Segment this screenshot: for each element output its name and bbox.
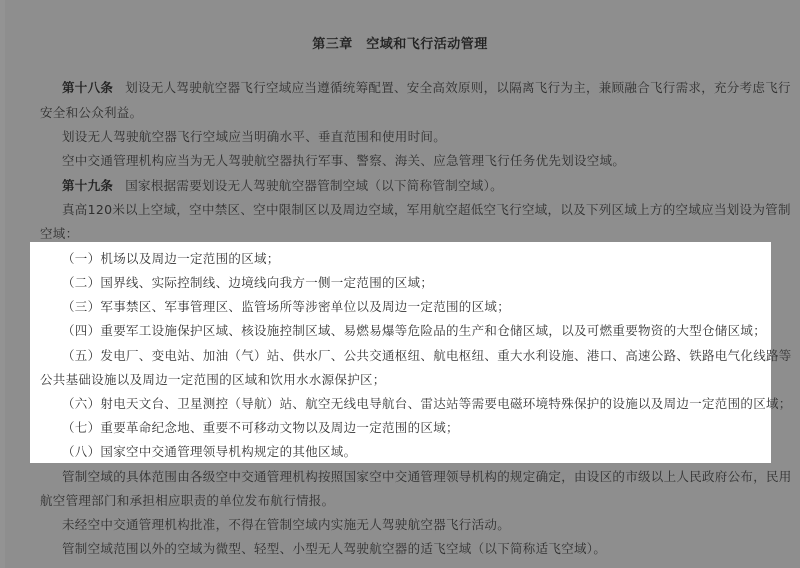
paragraph-line: 空域： — [40, 225, 78, 243]
paragraph-line: 航空管理部门和承担相应职责的单位发布航行情报。 — [40, 492, 334, 510]
paragraph-line: 真高120米以上空域，空中禁区、空中限制区以及周边空域，军用航空超低空飞行空域，… — [62, 201, 791, 219]
list-item-8: （八）国家空中交通管理领导机构规定的其他区域。 — [62, 443, 356, 461]
document-page: 第三章 空域和飞行活动管理 第十八条划设无人驾驶航空器飞行空域应当遵循统筹配置、… — [0, 0, 800, 568]
list-item-5: （五）发电厂、变电站、加油（气）站、供水厂、公共交通枢纽、航电枢纽、重大水利设施… — [62, 347, 792, 365]
paragraph-line: 空中交通管理机构应当为无人驾驶航空器执行军事、警察、海关、应急管理飞行任务优先划… — [62, 152, 625, 170]
list-item-3: （三）军事禁区、军事管理区、监管场所等涉密单位以及周边一定范围的区域； — [62, 298, 510, 316]
paragraph-line: 未经空中交通管理机构批准，不得在管制空域内实施无人驾驶航空器飞行活动。 — [62, 516, 510, 534]
list-item-7: （七）重要革命纪念地、重要不可移动文物以及周边一定范围的区域； — [62, 419, 459, 437]
article-18-line-1: 第十八条划设无人驾驶航空器飞行空域应当遵循统筹配置、安全高效原则，以隔离飞行为主… — [62, 79, 791, 97]
paragraph-line: 管制空域范围以外的空域为微型、轻型、小型无人驾驶航空器的适飞空域（以下简称适飞空… — [62, 540, 606, 558]
page-edge — [0, 0, 5, 568]
paragraph-line: 管制空域的具体范围由各级空中交通管理机构按照国家空中交通管理领导机构的规定确定，… — [62, 468, 792, 486]
list-item-5-cont: 公共基础设施以及周边一定范围的区域和饮用水水源保护区； — [40, 371, 386, 389]
list-item-4: （四）重要军工设施保护区域、核设施控制区域、易燃易爆等危险品的生产和仓储区域，以… — [62, 322, 766, 340]
paragraph-text: 划设无人驾驶航空器飞行空域应当遵循统筹配置、安全高效原则，以隔离飞行为主，兼顾融… — [125, 80, 791, 95]
chapter-title: 第三章 空域和飞行活动管理 — [0, 33, 800, 52]
article-number: 第十八条 — [62, 80, 113, 95]
article-18-line-2: 安全和公众利益。 — [40, 104, 142, 122]
paragraph-line: 划设无人驾驶航空器飞行空域应当明确水平、垂直范围和使用时间。 — [62, 128, 446, 146]
list-item-6: （六）射电天文台、卫星测控（导航）站、航空无线电导航台、雷达站等需要电磁环境特殊… — [62, 395, 792, 413]
list-item-2: （二）国界线、实际控制线、边境线向我方一侧一定范围的区域； — [62, 274, 433, 292]
paragraph-text: 国家根据需要划设无人驾驶航空器管制空域（以下简称管制空域）。 — [125, 178, 503, 193]
article-19-line-1: 第十九条国家根据需要划设无人驾驶航空器管制空域（以下简称管制空域）。 — [62, 177, 503, 195]
list-item-1: （一）机场以及周边一定范围的区域； — [62, 250, 280, 268]
article-number: 第十九条 — [62, 178, 113, 193]
